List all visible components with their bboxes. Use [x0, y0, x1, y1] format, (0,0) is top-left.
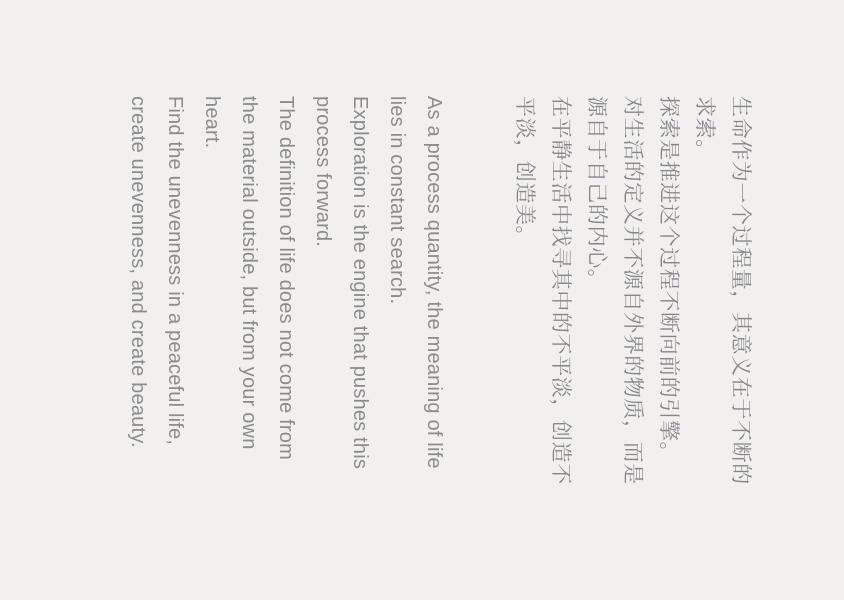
english-line: create unevenness, and create beauty.	[119, 96, 156, 510]
english-line: As a process quantity, the meaning of li…	[415, 96, 452, 510]
english-paragraph-block: As a process quantity, the meaning of li…	[119, 96, 452, 510]
chinese-line: 在平静生活中找寻其中的不平淡，创造不	[542, 96, 578, 510]
chinese-line: 平淡，创造美。	[506, 96, 542, 510]
rotated-text-page: 生命作为一个过程量，其意义在于不断的 求索。 探索是推进这个过程不断向前的引擎。…	[0, 0, 844, 600]
english-line: Exploration is the engine that pushes th…	[341, 96, 378, 510]
english-line: lies in constant search.	[378, 96, 415, 510]
english-line: The definition of life does not come fro…	[267, 96, 304, 510]
chinese-paragraph-block: 生命作为一个过程量，其意义在于不断的 求索。 探索是推进这个过程不断向前的引擎。…	[506, 96, 758, 510]
english-line: Find the unevenness in a peaceful life,	[156, 96, 193, 510]
chinese-line: 源自于自己的内心。	[578, 96, 614, 510]
english-line: heart.	[193, 96, 230, 510]
english-line: process forward.	[304, 96, 341, 510]
chinese-line: 生命作为一个过程量，其意义在于不断的	[722, 96, 758, 510]
chinese-line: 对生活的定义并不源自外界的物质，而是	[614, 96, 650, 510]
chinese-line: 求索。	[686, 96, 722, 510]
chinese-line: 探索是推进这个过程不断向前的引擎。	[650, 96, 686, 510]
photo-background: 生命作为一个过程量，其意义在于不断的 求索。 探索是推进这个过程不断向前的引擎。…	[0, 0, 844, 600]
english-line: the material outside, but from your own	[230, 96, 267, 510]
